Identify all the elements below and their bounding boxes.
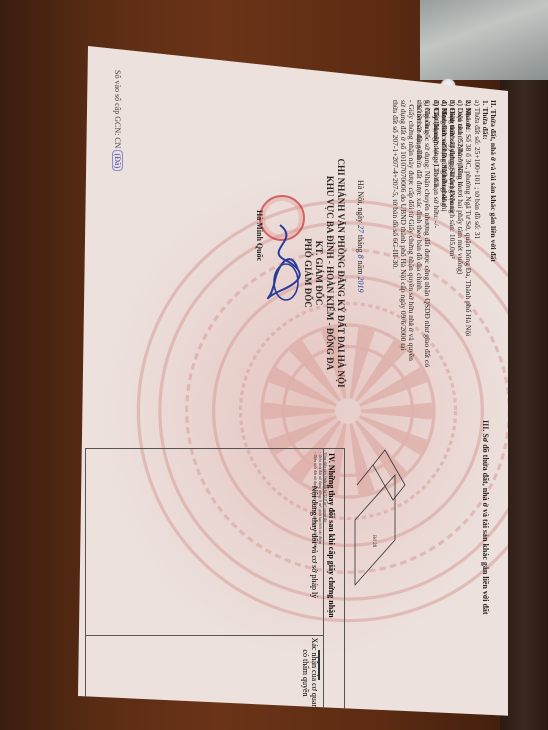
changes-table: IV. Những thay đổi sau khi cấp giấy chứn…: [85, 448, 345, 712]
land-detail-line: a) Thửa đất số: 25+100+101 ; tờ bản đồ s…: [473, 100, 481, 367]
note-line: - Giấy chứng nhận này được cấp đổi từ Gi…: [408, 100, 416, 367]
section-iii-title: III. Sơ đồ thửa đất, nhà ở và tài sản kh…: [481, 420, 490, 615]
year-value: 2019: [356, 276, 365, 292]
rotated-content: II. Thửa đất, nhà ở và tài sản khác gắn …: [80, 50, 508, 716]
authority-confirmation-column: Xác nhận của cơ quan có thẩm quyền: [85, 635, 324, 711]
changes-content-column: Nội dung thay đổi và cơ sở pháp lý: [85, 449, 324, 636]
registry-number: Số vào sổ cấp GCN: CN (Đã): [113, 70, 122, 171]
registry-value: (Đã): [112, 150, 123, 171]
land-certificate-page: II. Thửa đất, nhà ở và tài sản khác gắn …: [78, 46, 508, 716]
section-iv-title: IV. Những thay đổi sau khi cấp giấy chứn…: [327, 453, 336, 618]
section-ii: II. Thửa đất, nhà ở và tài sản khác gắn …: [449, 100, 498, 367]
signature-icon: [260, 220, 310, 310]
plot-area-label: Bđ 28: [371, 535, 376, 548]
glass-table-surface: [420, 0, 548, 80]
signer-name: Hà Minh Quốc: [255, 210, 264, 261]
plot-diagram: Bđ 28: [335, 445, 415, 625]
day-value: 27: [356, 225, 365, 233]
note-line: 5. Cây lâu năm: -/-: [433, 100, 441, 367]
month-value: 8: [356, 255, 365, 259]
section-ii-title: II. Thửa đất, nhà ở và tài sản khác gắn …: [490, 100, 498, 367]
land-detail-line: b) Địa chỉ: Số 38 ố 3C, phường Ngã Tư Sở…: [465, 100, 473, 367]
note-line: sử dụng đất ở số 10107070006 do UBND thà…: [400, 100, 408, 367]
place-date: Hà Nội, ngày 27 tháng 8 năm 2019: [356, 180, 365, 292]
